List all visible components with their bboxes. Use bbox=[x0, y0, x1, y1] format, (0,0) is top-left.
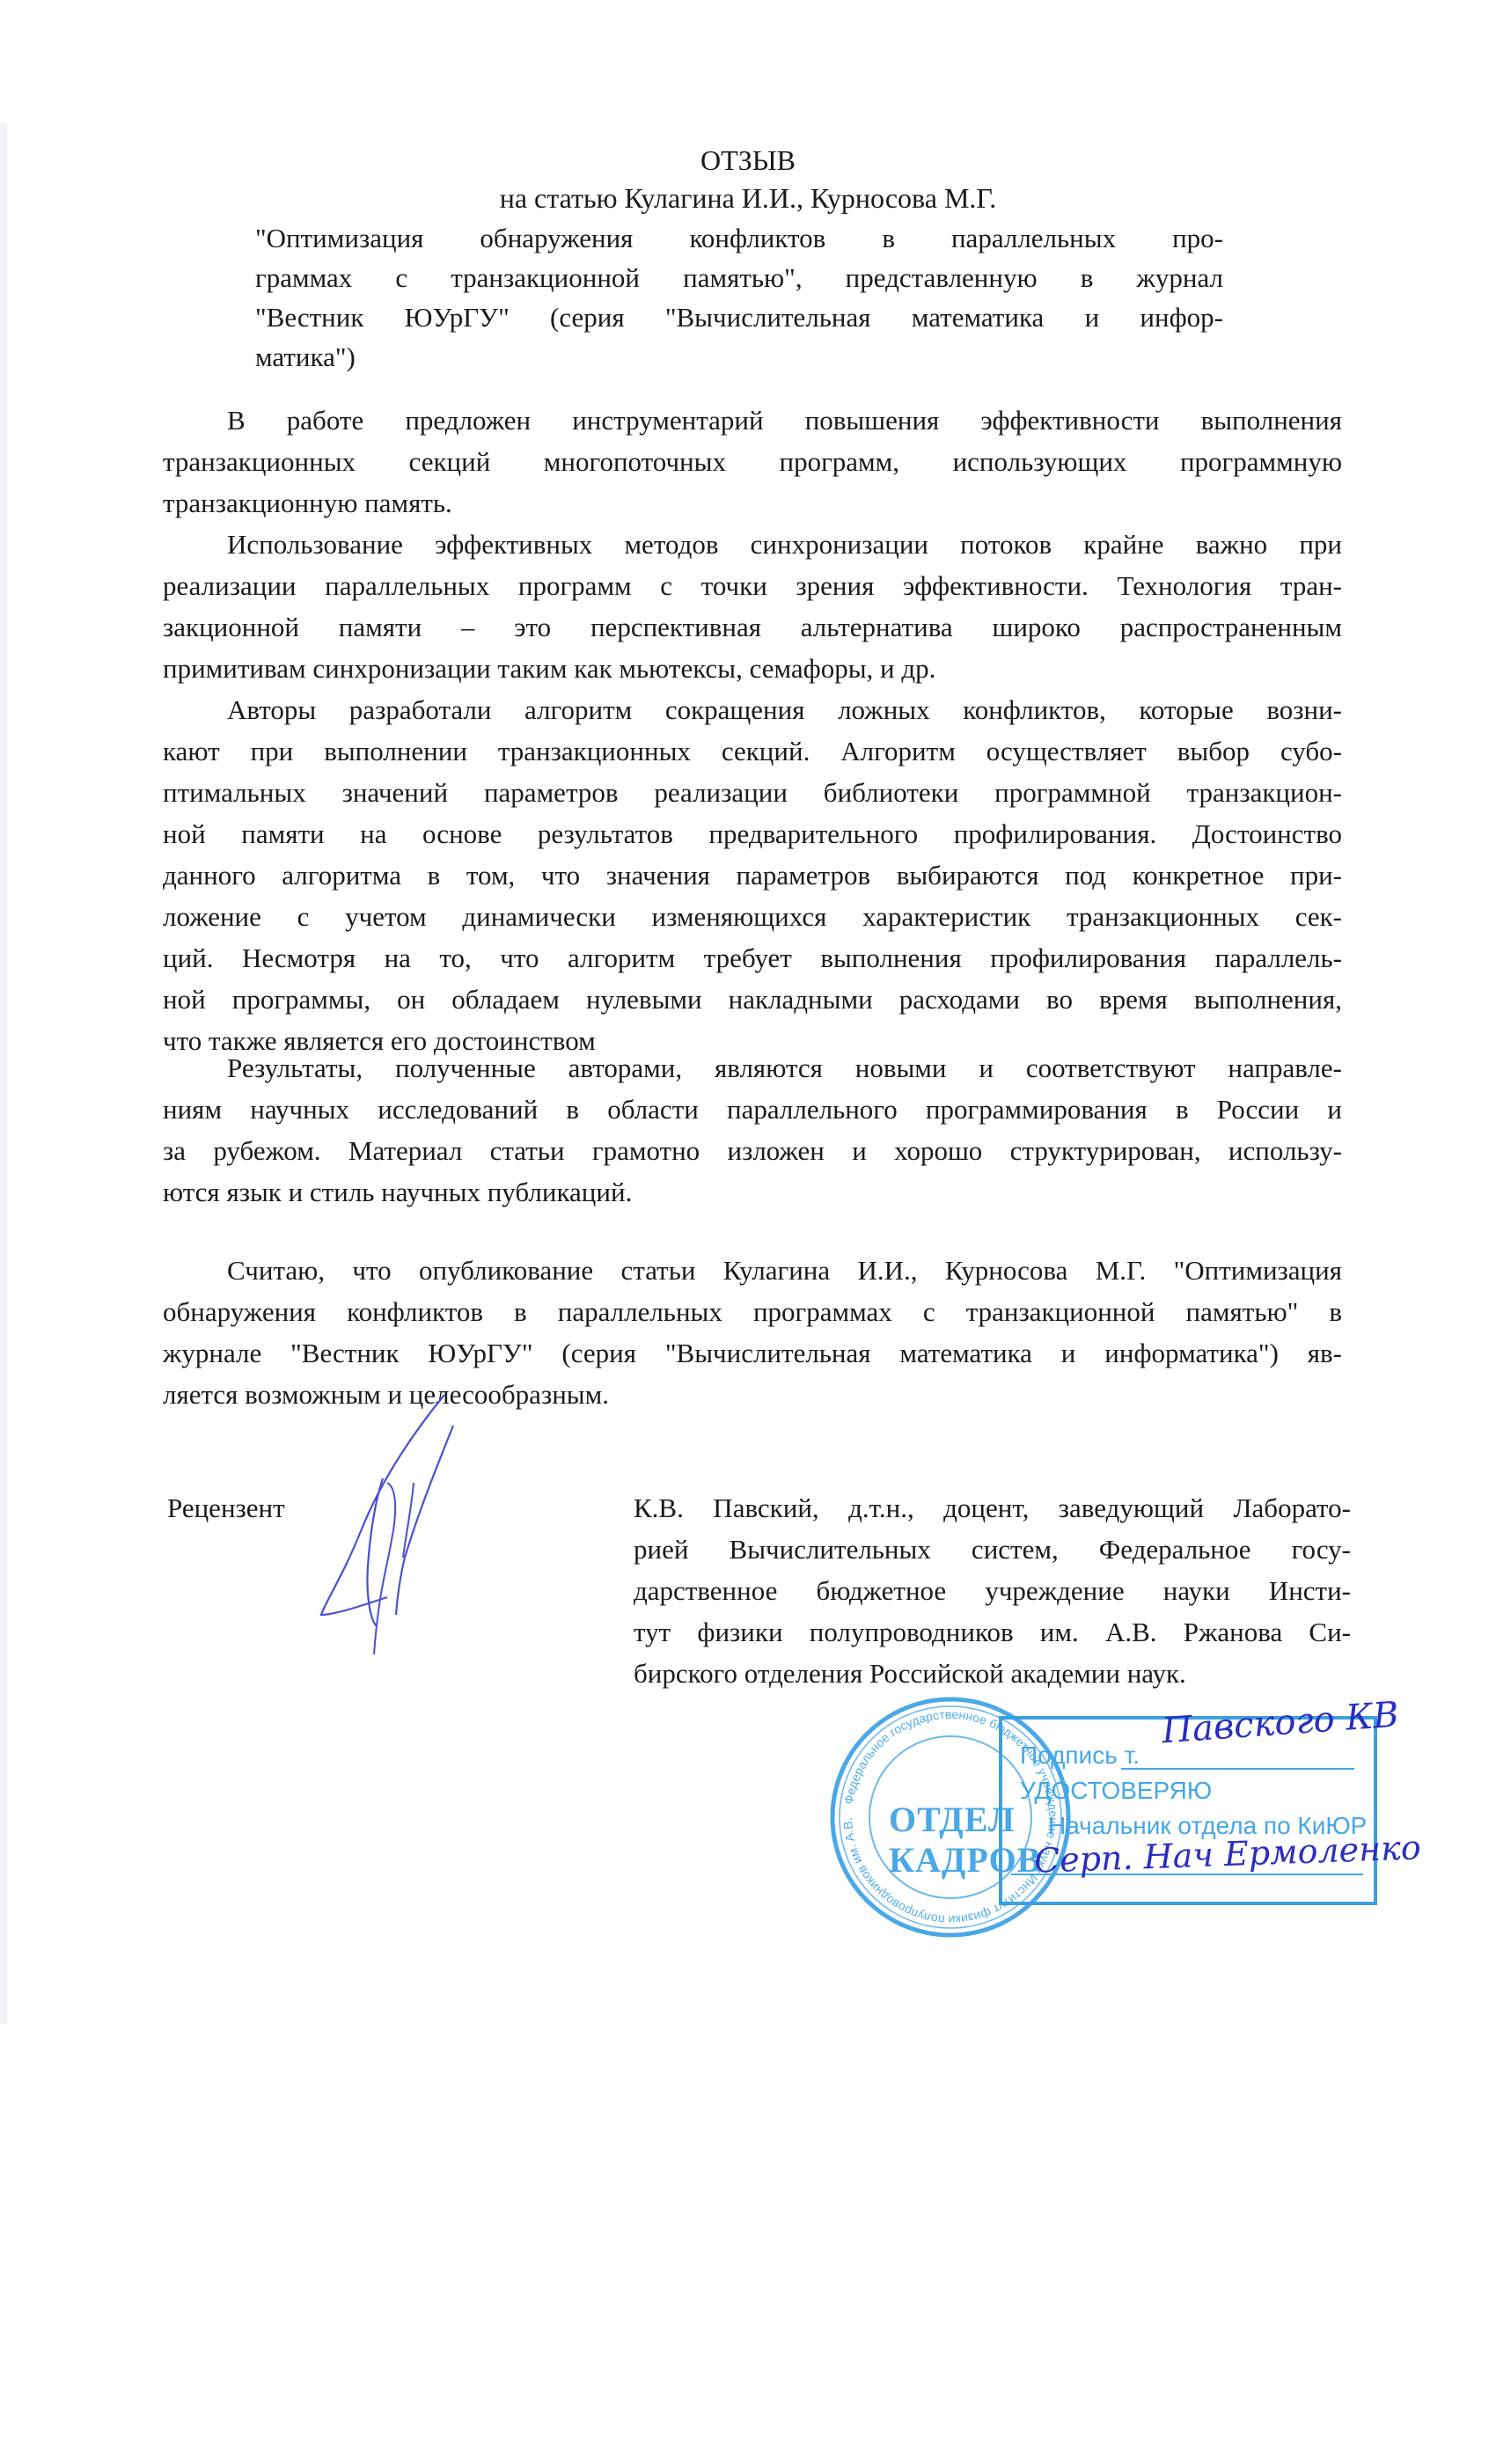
document-title: ОТЗЫВ bbox=[0, 141, 1496, 180]
paragraph-line: реализации параллельных программ с точки… bbox=[163, 565, 1342, 606]
paragraph-line: ной программы, он обладаем нулевыми накл… bbox=[163, 979, 1342, 1020]
paragraph-4: Результаты, полученные авторами, являютс… bbox=[163, 1047, 1342, 1213]
stamp-underline bbox=[1121, 1768, 1354, 1770]
paragraph-line: кают при выполнении транзакционных секци… bbox=[163, 730, 1342, 772]
paragraph-line: Использование эффективных методов синхро… bbox=[163, 524, 1342, 565]
reviewer-signature-icon bbox=[299, 1390, 510, 1654]
scan-margin-strip bbox=[0, 123, 7, 2024]
document-subtitle: на статью Кулагина И.И., Курносова М.Г. bbox=[0, 179, 1496, 217]
paragraph-line: за рубежом. Материал статьи грамотно изл… bbox=[163, 1130, 1342, 1171]
article-line: матика") bbox=[255, 337, 1223, 377]
paragraph-line: ются язык и стиль научных публикаций. bbox=[163, 1171, 1342, 1213]
paragraph-line: примитивам синхронизации таким как мьюте… bbox=[163, 648, 1342, 689]
paragraph-line: Результаты, полученные авторами, являютс… bbox=[163, 1047, 1342, 1089]
reviewer-info-line: дарственное бюджетное учреждение науки И… bbox=[634, 1570, 1351, 1611]
reviewer-info-line: бирского отделения Российской академии н… bbox=[634, 1653, 1351, 1694]
paragraph-line: ной памяти на основе результатов предвар… bbox=[163, 813, 1342, 854]
paragraph-line: птимальных значений параметров реализаци… bbox=[163, 772, 1342, 813]
reviewer-info: К.В. Павский, д.т.н., доцент, заведующий… bbox=[634, 1487, 1351, 1694]
paragraph-line: журнале "Вестник ЮУрГУ" (серия "Вычислит… bbox=[163, 1332, 1342, 1374]
article-reference-block: "Оптимизация обнаружения конфликтов в па… bbox=[255, 218, 1223, 377]
paragraph-line: закционной памяти – это перспективная ал… bbox=[163, 606, 1342, 648]
article-line: "Оптимизация обнаружения конфликтов в па… bbox=[255, 218, 1223, 258]
paragraph-line: данного алгоритма в том, что значения па… bbox=[163, 854, 1342, 896]
reviewer-label: Рецензент bbox=[167, 1487, 285, 1529]
paragraph-line: Считаю, что опубликование статьи Кулагин… bbox=[163, 1250, 1342, 1291]
paragraph-line: ложение с учетом динамически изменяющихс… bbox=[163, 896, 1342, 937]
paragraph-3: Авторы разработали алгоритм сокращения л… bbox=[163, 689, 1342, 1061]
reviewer-info-line: рией Вычислительных систем, Федеральное … bbox=[634, 1529, 1351, 1570]
article-line: граммах с транзакционной памятью", предс… bbox=[255, 258, 1223, 297]
paragraph-line: ций. Несмотря на то, что алгоритм требуе… bbox=[163, 937, 1342, 979]
paragraph-line: транзакционных секций многопоточных прог… bbox=[163, 441, 1342, 482]
paragraph-line: транзакционную память. bbox=[163, 482, 1342, 524]
reviewer-info-line: тут физики полупроводников им. А.В. Ржан… bbox=[634, 1611, 1351, 1653]
paragraph-1: В работе предложен инструментарий повыше… bbox=[163, 400, 1342, 524]
paragraph-line: обнаружения конфликтов в параллельных пр… bbox=[163, 1291, 1342, 1332]
stamp-certify: УДОСТОВЕРЯЮ bbox=[1020, 1774, 1212, 1808]
reviewer-info-line: К.В. Павский, д.т.н., доцент, заведующий… bbox=[634, 1487, 1351, 1529]
paragraph-line: В работе предложен инструментарий повыше… bbox=[163, 400, 1342, 441]
article-line: "Вестник ЮУрГУ" (серия "Вычислительная м… bbox=[255, 297, 1223, 337]
paragraph-line: Авторы разработали алгоритм сокращения л… bbox=[163, 689, 1342, 730]
paragraph-2: Использование эффективных методов синхро… bbox=[163, 524, 1342, 689]
paragraph-line: ниям научных исследований в области пара… bbox=[163, 1089, 1342, 1130]
